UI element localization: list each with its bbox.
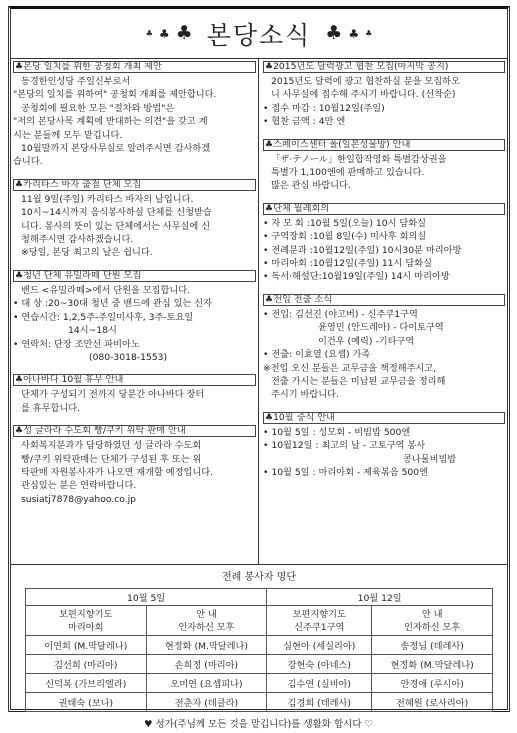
roster-role-header: 안 내인자하신 모후 (372, 606, 493, 636)
roster-cell: 김선희 (마리아) (26, 655, 147, 674)
notice-section: ♣청년 단체 유밀라떼 단원 모집밴드 <유밀라떼>에서 단원을 모집합니다.대… (13, 270, 256, 364)
club-icon: ♣ (15, 426, 23, 436)
bulletin-page: ♣ ♣ ♣ 본당소식 ♣ ♣ ♣ ♣본당 일치를 위한 공청회 개최 제안동경한… (8, 6, 510, 712)
section-heading: ♣스페이스센터 폴(일본성물방) 안내 (263, 139, 505, 151)
notice-text: 윤영민 (안드레아) - 다이토구역 (263, 321, 505, 334)
section-heading: ♣청년 단체 유밀라떼 단원 모집 (13, 270, 256, 282)
roster-role-header: 안 내인자하신 모후 (146, 606, 267, 636)
notice-section: ♣카리타스 바자 출점 단체 모집11월 9일(주일) 카리타스 바자의 날입니… (13, 179, 256, 260)
notice-section: ♣10월 중식 안내10월 5일 : 성모회 - 비빔밥 500엔10월12일 … (263, 412, 505, 480)
section-heading: ♣카리타스 바자 출점 단체 모집 (13, 179, 256, 191)
notice-section: ♣아나바다 10월 휴무 안내단체가 구성되기 전까지 당분간 아나바다 장터를… (13, 374, 256, 415)
roster-date: 10월 5일 (26, 589, 267, 606)
club-icon: ♣ (15, 271, 23, 281)
notice-text: 사회복지분과가 담당하였던 성 글라라 수도회 (13, 439, 256, 452)
notice-section: ♣단체 월례회의자 모 회 :10월 5일(오늘) 10시 담화실구역장회 :1… (263, 203, 505, 284)
roster-cell: 송정님 (데레사) (372, 636, 493, 655)
roster-cell: 전춘자 (데클라) (146, 693, 267, 712)
notice-text: 많은 관심 바랍니다. (263, 179, 505, 192)
bullet-item: 전출: 이효열 (요셉) 가족 (263, 348, 505, 361)
notice-text: 「ザ·テノール」한일합작영화 특별감상권을 (263, 153, 505, 166)
bullet-item: 자 모 회 :10월 5일(오늘) 10시 담화실 (263, 217, 505, 230)
notice-text: susiatj7878@yahoo.co.jp (13, 493, 256, 506)
notice-text: 습니다. (13, 155, 256, 168)
notice-text: 단체가 구성되기 전까지 당분간 아나바다 장터 (13, 388, 256, 401)
notice-text: 청해주시면 감사하겠습니다. (13, 233, 256, 246)
roster-cell: 이연희 (M.막달레나) (26, 636, 147, 655)
club-icon: ♣ (265, 413, 273, 423)
notice-text: 콩나물비빔밥 (263, 453, 505, 466)
bullet-item: 대 상 :20~30대 청년 중 밴드에 관심 있는 신자 (13, 297, 256, 310)
club-icon: ♣ (265, 140, 273, 150)
notice-text: ※전입 오신 분들은 교무금을 책정해주시고, (263, 362, 505, 375)
notice-text: 관심있는 분은 연락바랍니다. (13, 479, 256, 492)
bullet-item: 접수 마감 : 10월12일(주일) (263, 102, 505, 115)
notice-section: ♣본당 일치를 위한 공청회 개최 제안동경한인성당 주일신부로서"본당의 일치… (13, 61, 256, 169)
bullet-item: 10월12일 : 최고의 날 - 고토구역 봉사 (263, 439, 505, 452)
notice-text: 11월 9일(주일) 카리타스 바자의 날입니다. (13, 193, 256, 206)
club-icon: ♣ (325, 24, 342, 43)
notice-text: 14시~18시 (13, 324, 256, 337)
section-heading: ♣아나바다 10월 휴무 안내 (13, 374, 256, 386)
roster-cell: 안경애 (루시아) (372, 674, 493, 693)
notice-text: 전출 가시는 분들은 미납된 교무금을 정리해 (263, 375, 505, 388)
notice-section: ♣성 글라라 수도회 빵/쿠키 위탁 판매 안내사회복지분과가 담당하였던 성 … (13, 425, 256, 506)
notice-text: "저의 본당사목 계획에 반대하는 의견"을 갖고 계 (13, 115, 256, 128)
notice-section: ♣2015년도 달력광고 협찬 모집(마지막 공지)2015년도 달력에 광고 … (263, 61, 505, 129)
notice-text: 2015년도 달력에 광고 협찬하실 분을 모집하오 (263, 75, 505, 88)
news-columns: ♣본당 일치를 위한 공청회 개최 제안동경한인성당 주일신부로서"본당의 일치… (11, 59, 507, 565)
bullet-item: 연습시간: 1,2,5주-주일미사후, 3주-토요일 (13, 311, 256, 324)
bullet-item: 전례분과 :10월12일(주일) 10시30분 마리아방 (263, 244, 505, 257)
roster-row: 김선희 (마리아)손희정 (마리아)강현숙 (아네스)현정화 (M.막달레나) (26, 655, 493, 674)
notice-text: 를 휴무합니다. (13, 402, 256, 415)
notice-text: 동경한인성당 주일신부로서 (13, 75, 256, 88)
bullet-item: 협찬 금액 : 4만 엔 (263, 115, 505, 128)
club-icon: ♣ (15, 180, 23, 190)
left-column: ♣본당 일치를 위한 공청회 개최 제안동경한인성당 주일신부로서"본당의 일치… (11, 59, 259, 564)
notice-text: 시는 분들께 모두 맡깁니다. (13, 129, 256, 142)
notice-text: 10월말까지 본당사무실로 알려주시면 감사하겠 (13, 142, 256, 155)
notice-text: 공청회에 필요한 모든 "절차와 방법"은 (13, 102, 256, 115)
notice-section: ♣스페이스센터 폴(일본성물방) 안내「ザ·テノール」한일합작영화 특별감상권을… (263, 139, 505, 193)
club-icon: ♣ (146, 30, 153, 38)
roster-title: 전례 봉사자 명단 (25, 571, 493, 585)
roster-cell: 전혜원 (로사리아) (372, 693, 493, 712)
roster-cell: 현정화 (M.막달레나) (146, 636, 267, 655)
right-column: ♣2015년도 달력광고 협찬 모집(마지막 공지)2015년도 달력에 광고 … (259, 59, 507, 564)
bullet-item: 마리아회 :10월12일(주일) 11시 담화실 (263, 257, 505, 270)
club-icon: ♣ (265, 295, 273, 305)
bullet-item: 10월 5일 : 성모회 - 비빔밥 500엔 (263, 426, 505, 439)
roster-table: 10월 5일 10월 12일 보편지향기도마리아회안 내인자하신 모후보편지향기… (25, 588, 493, 712)
section-heading: ♣본당 일치를 위한 공청회 개최 제안 (13, 61, 256, 73)
section-heading: ♣2015년도 달력광고 협찬 모집(마지막 공지) (263, 61, 505, 73)
club-icon: ♣ (348, 28, 359, 40)
notice-text: 이건우 (예릭) -기타구역 (263, 335, 505, 348)
roster-row: 이연희 (M.막달레나)현정화 (M.막달레나)심현아 (세실리아)송정님 (데… (26, 636, 493, 655)
bullet-item: 독서·해설단:10월19일(주일) 14시 마리아방 (263, 270, 505, 283)
title-text: 본당소식 (207, 16, 312, 52)
roster-row: 권태숙 (보나)전춘자 (데클라)김경희 (데레사)전혜원 (로사리아) (26, 693, 493, 712)
notice-text: 탁판매 자원봉사자가 나오면 재개할 예정입니다. (13, 466, 256, 479)
roster-cell: 권태숙 (보나) (26, 693, 147, 712)
notice-text: "본당의 일치를 위하여" 공청회 개최를 제안합니다. (13, 88, 256, 101)
section-heading: ♣전입 전출 소식 (263, 294, 505, 306)
club-icon: ♣ (15, 62, 23, 72)
notice-text: 니 사무실에 접수해 주시기 바랍니다. (선착순) (263, 88, 505, 101)
roster-cell: 강현숙 (아네스) (267, 655, 372, 674)
roster-role-header: 보편지향기도신주쿠1구역 (267, 606, 372, 636)
section-heading: ♣성 글라라 수도회 빵/쿠키 위탁 판매 안내 (13, 425, 256, 437)
roster-role-header: 보편지향기도마리아회 (26, 606, 147, 636)
roster-row: 신덕복 (가브리엘라)오미연 (요셉피나)김수연 (실비아)안경애 (루시아) (26, 674, 493, 693)
roster-cell: 손희정 (마리아) (146, 655, 267, 674)
roster-cell: 심현아 (세실리아) (267, 636, 372, 655)
roster-date: 10월 12일 (267, 589, 493, 606)
notice-text: 10시~14시까지 음식봉사하실 단체를 신청받습 (13, 206, 256, 219)
bullet-item: 전입: 김선진 (야고버) - 신주쿠1구역 (263, 308, 505, 321)
notice-text: 니다. 봉사의 뜻이 있는 단체에서는 사무실에 신 (13, 220, 256, 233)
notice-text: (080-3018-1553) (13, 351, 256, 364)
notice-text: ※당일, 본당 최고의 날은 쉽니다. (13, 246, 256, 259)
roster-cell: 김수연 (실비아) (267, 674, 372, 693)
notice-text: 주시기 바랍니다. (263, 388, 505, 401)
notice-text: 특별가 1,100엔에 판매하고 있습니다. (263, 166, 505, 179)
page-title: ♣ ♣ ♣ 본당소식 ♣ ♣ ♣ (11, 9, 507, 59)
club-icon: ♣ (15, 375, 23, 385)
roster-cell: 오미연 (요셉피나) (146, 674, 267, 693)
roster-cell: 현정화 (M.막달레나) (372, 655, 493, 674)
bullet-item: 10월 5일 : 마리아회 - 제육볶음 500엔 (263, 466, 505, 479)
club-icon: ♣ (265, 62, 273, 72)
section-heading: ♣10월 중식 안내 (263, 412, 505, 424)
roster-cell: 신덕복 (가브리엘라) (26, 674, 147, 693)
bullet-item: 구역장회 :10월 8일(수) 미사후 회의실 (263, 230, 505, 243)
liturgy-roster: 전례 봉사자 명단 10월 5일 10월 12일 보편지향기도마리아회안 내인자… (11, 565, 507, 712)
footer-motto: ♥ 성가(주님께 모든 것을 맡깁니다)를 생활화 합시다 ♡ (0, 716, 517, 730)
roster-cell: 김경희 (데레사) (267, 693, 372, 712)
notice-section: ♣전입 전출 소식전입: 김선진 (야고버) - 신주쿠1구역윤영민 (안드레아… (263, 294, 505, 402)
bullet-item: 연락처: 단장 조만선 파비아노 (13, 338, 256, 351)
notice-text: 밴드 <유밀라떼>에서 단원을 모집합니다. (13, 284, 256, 297)
section-heading: ♣단체 월례회의 (263, 203, 505, 215)
club-icon: ♣ (176, 24, 193, 43)
club-icon: ♣ (365, 30, 372, 38)
club-icon: ♣ (159, 28, 170, 40)
notice-text: 빵/쿠키 위탁판매는 단체가 구성된 후 또는 위 (13, 453, 256, 466)
club-icon: ♣ (265, 204, 273, 214)
